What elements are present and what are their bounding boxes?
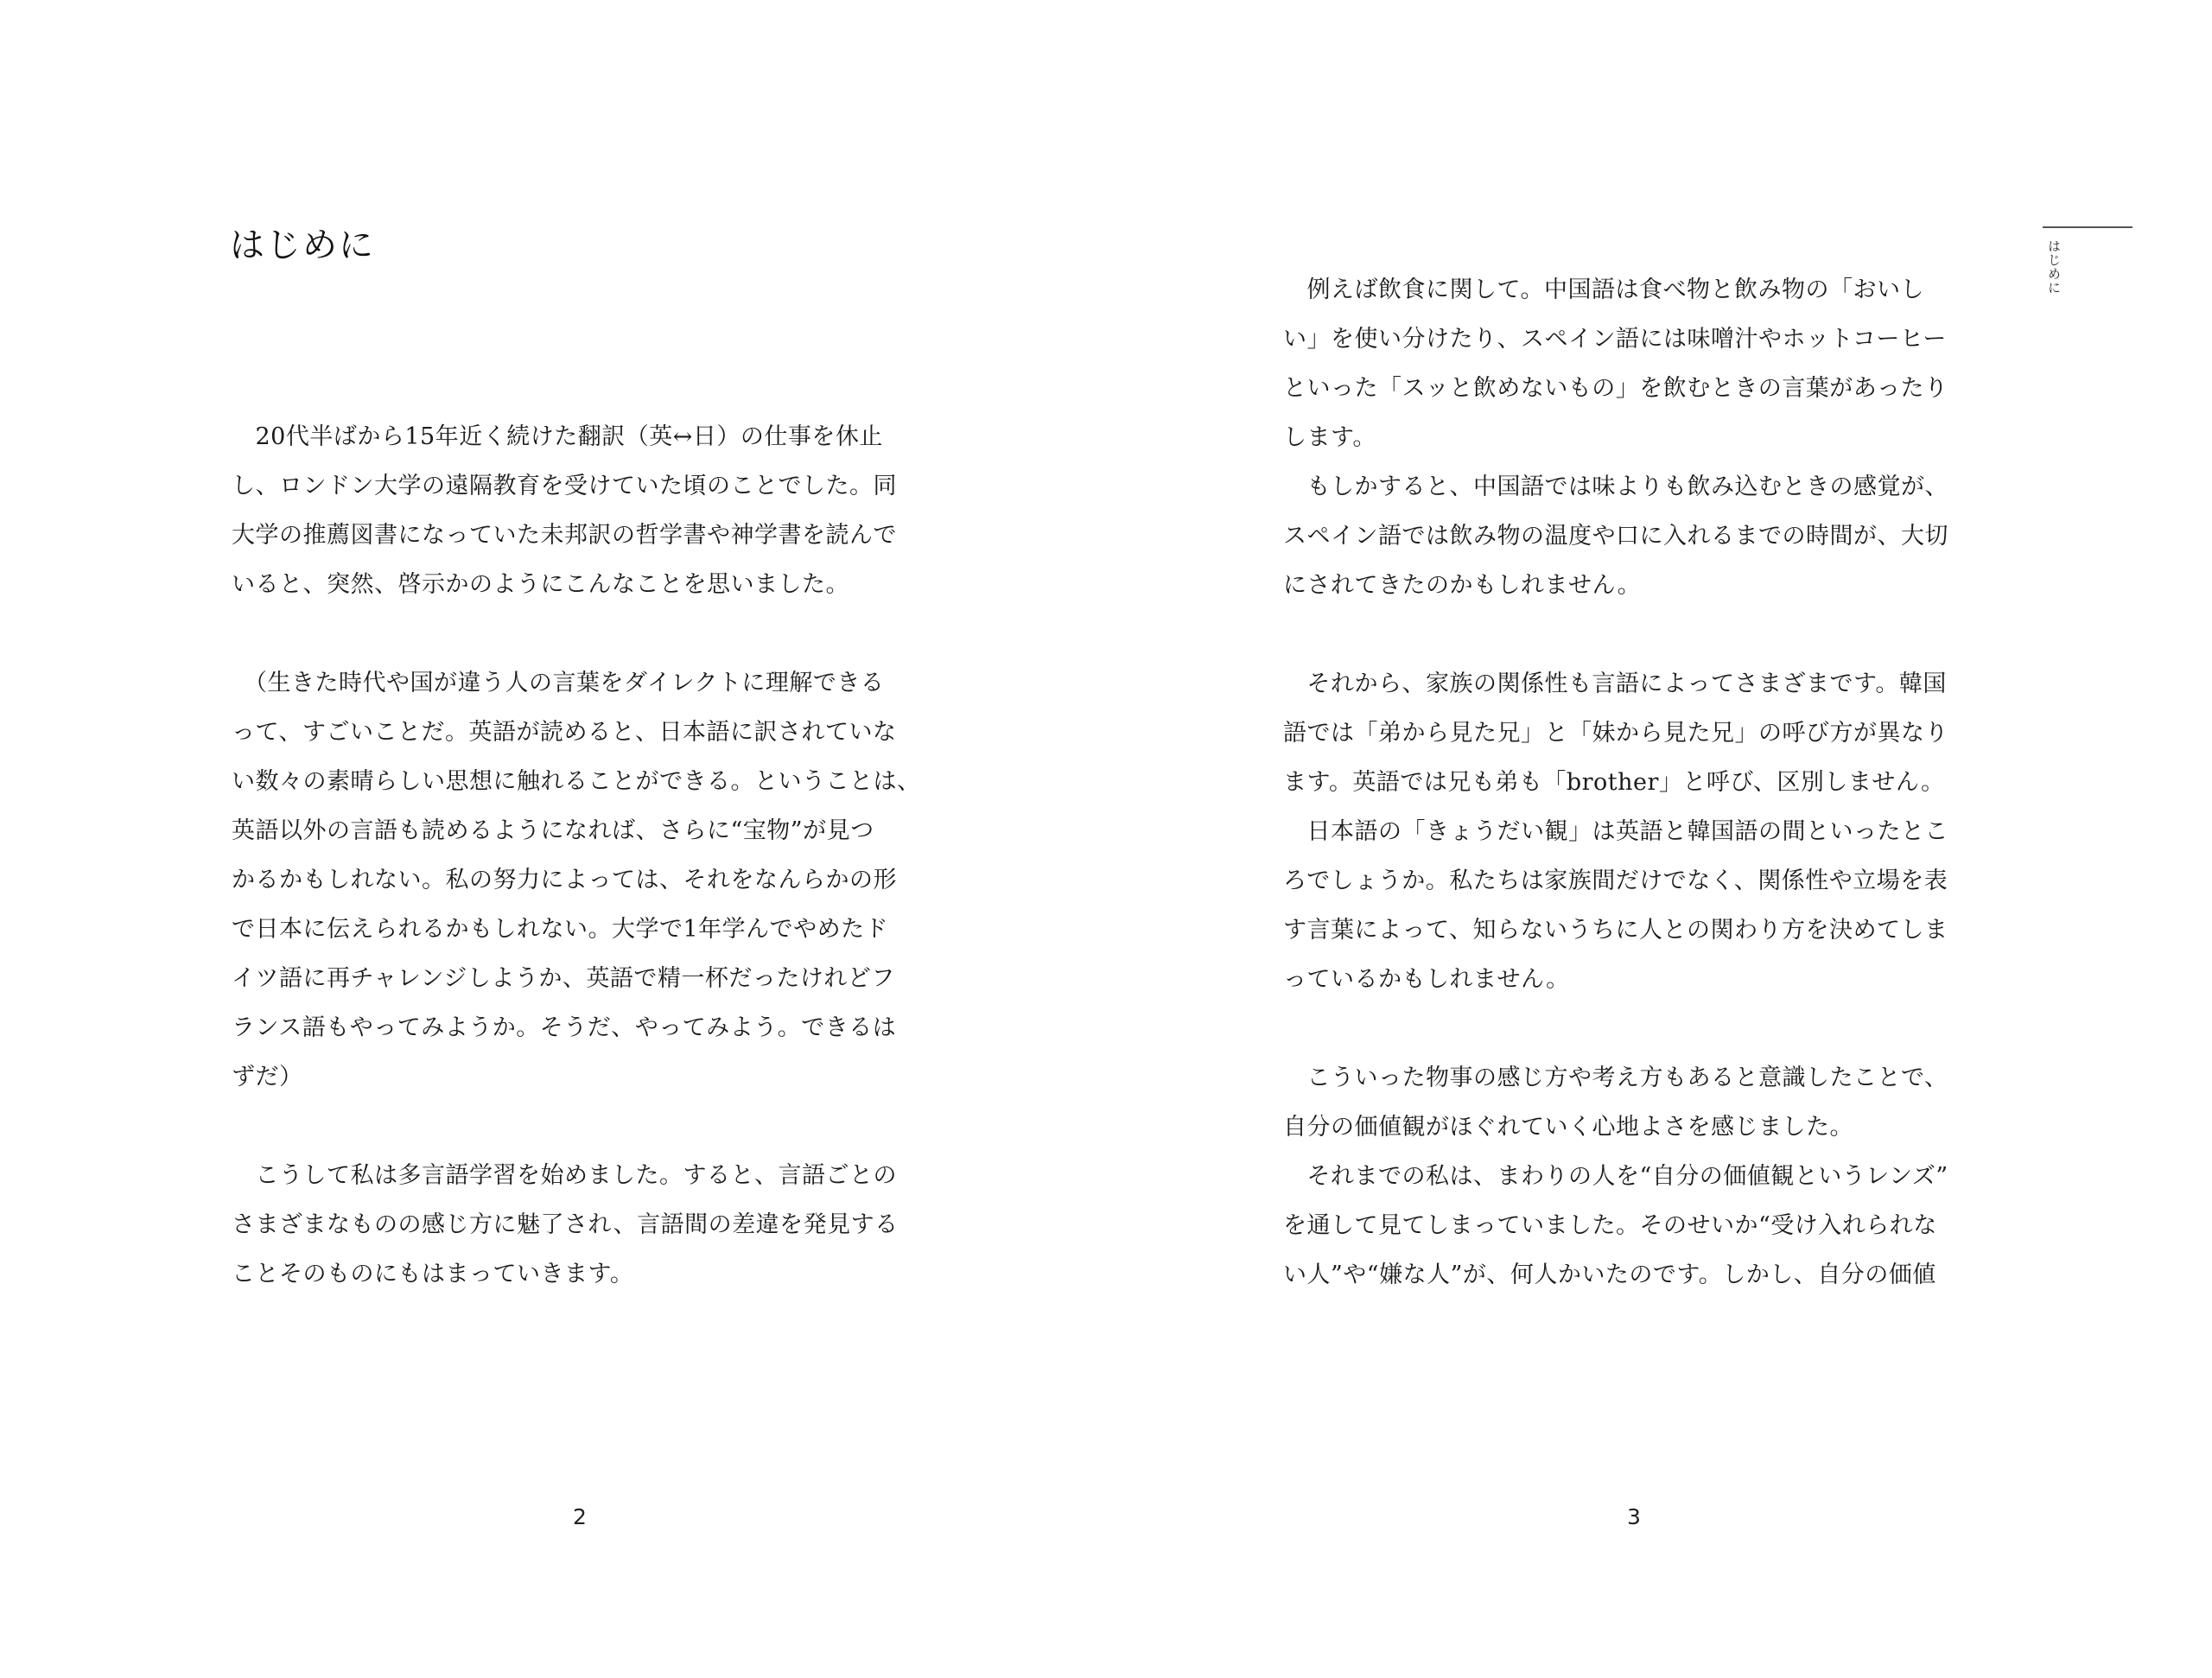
text-line: 例えば飲食に関して。中国語は食べ物と飲み物の「おいし — [1283, 265, 1985, 315]
text-line: さまざまなものの感じ方に魅了され、言語間の差違を発見する — [232, 1200, 931, 1249]
right-page-body: 例えば飲食に関して。中国語は食べ物と飲み物の「おいし い」を使い分けたり、スペイ… — [1283, 265, 1985, 1300]
text-line: 20代半ばから15年近く続けた翻訳（英↔日）の仕事を休止 — [232, 412, 931, 461]
text-line: を通して見てしまっていました。そのせいか“受け入れられな — [1283, 1201, 1985, 1250]
text-line: （生きた時代や国が違う人の言葉をダイレクトに理解できる — [232, 658, 931, 708]
text-line: 語では「弟から見た兄」と「妹から見た兄」の呼び方が異なり — [1283, 709, 1985, 758]
chapter-title: はじめに — [230, 223, 375, 268]
blank-line — [232, 609, 931, 658]
text-line: ろでしょうか。私たちは家族間だけでなく、関係性や立場を表 — [1283, 856, 1985, 906]
text-line: 大学の推薦図書になっていた未邦訳の哲学書や神学書を読んで — [232, 511, 931, 560]
text-line: って、すごいことだ。英語が読めると、日本語に訳されていな — [232, 708, 931, 757]
text-line: それから、家族の関係性も言語によってさまざまです。韓国 — [1283, 659, 1985, 709]
text-line: スペイン語では飲み物の温度や口に入れるまでの時間が、大切 — [1283, 512, 1985, 561]
left-page: はじめに 20代半ばから15年近く続けた翻訳（英↔日）の仕事を休止 し、ロンドン… — [0, 0, 1106, 1678]
text-line: ランス語もやってみようか。そうだ、やってみよう。できるは — [232, 1003, 931, 1052]
text-line: で日本に伝えられるかもしれない。大学で1年学んでやめたド — [232, 905, 931, 954]
running-head: はじめに — [2043, 226, 2133, 295]
blank-line — [1283, 610, 1985, 659]
text-line: ます。英語では兄も弟も「brother」と呼び、区別しません。 — [1283, 758, 1985, 807]
right-page: はじめに 例えば飲食に関して。中国語は食べ物と飲み物の「おいし い」を使い分けた… — [1106, 0, 2212, 1678]
text-line: ずだ） — [232, 1052, 931, 1102]
text-line: す言葉によって、知らないうちに人との関わり方を決めてしま — [1283, 906, 1985, 955]
text-line: もしかすると、中国語では味よりも飲み込むときの感覚が、 — [1283, 462, 1985, 512]
text-line: にされてきたのかもしれません。 — [1283, 561, 1985, 610]
page-number-right: 3 — [1627, 1505, 1641, 1529]
text-line: それまでの私は、まわりの人を“自分の価値観というレンズ” — [1283, 1152, 1985, 1201]
text-line: といった「スッと飲めないもの」を飲むときの言葉があったり — [1283, 364, 1985, 413]
text-line: 自分の価値観がほぐれていく心地よさを感じました。 — [1283, 1103, 1985, 1152]
text-line: かるかもしれない。私の努力によっては、それをなんらかの形 — [232, 855, 931, 905]
text-line: イツ語に再チャレンジしようか、英語で精一杯だったけれどフ — [232, 954, 931, 1003]
running-head-rule — [2043, 226, 2133, 228]
text-line: いると、突然、啓示かのようにこんなことを思いました。 — [232, 560, 931, 609]
book-spread: はじめに 20代半ばから15年近く続けた翻訳（英↔日）の仕事を休止 し、ロンドン… — [0, 0, 2212, 1678]
text-line: ことそのものにもはまっていきます。 — [232, 1249, 931, 1299]
left-page-body: 20代半ばから15年近く続けた翻訳（英↔日）の仕事を休止 し、ロンドン大学の遠隔… — [232, 412, 931, 1299]
text-line: 英語以外の言語も読めるようになれば、さらに“宝物”が見つ — [232, 806, 931, 855]
text-line: こうして私は多言語学習を始めました。すると、言語ごとの — [232, 1151, 931, 1200]
text-line: い数々の素晴らしい思想に触れることができる。ということは、 — [232, 757, 931, 806]
blank-line — [232, 1102, 931, 1151]
running-head-title: はじめに — [2046, 239, 2062, 295]
text-line: します。 — [1283, 413, 1985, 462]
text-line: い」を使い分けたり、スペイン語には味噌汁やホットコーヒー — [1283, 315, 1985, 364]
text-line: い人”や“嫌な人”が、何人かいたのです。しかし、自分の価値 — [1283, 1250, 1985, 1300]
text-line: っているかもしれません。 — [1283, 955, 1985, 1004]
page-number-left: 2 — [573, 1505, 587, 1529]
blank-line — [1283, 1004, 1985, 1053]
text-line: こういった物事の感じ方や考え方もあると意識したことで、 — [1283, 1053, 1985, 1103]
text-line: 日本語の「きょうだい観」は英語と韓国語の間といったとこ — [1283, 807, 1985, 856]
text-line: し、ロンドン大学の遠隔教育を受けていた頃のことでした。同 — [232, 461, 931, 511]
